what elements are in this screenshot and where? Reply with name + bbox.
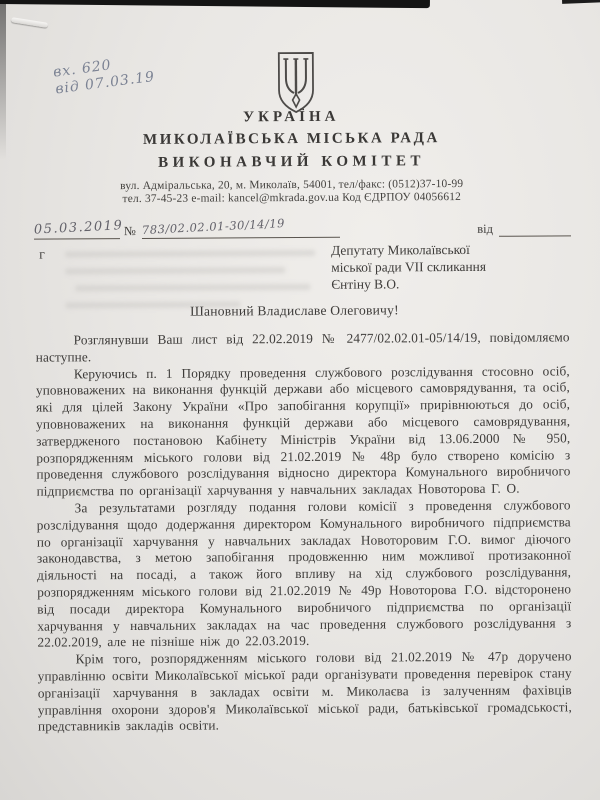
outgoing-number-handwritten: 783/02.02.01-30/14/19: [142, 216, 286, 237]
body-paragraph-1: Розглянувши Ваш лист від 22.02.2019 № 24…: [36, 329, 570, 366]
letter-page: вх. 620 від 07.03.19 УКРАЇНА МИКОЛАЇВСЬК…: [0, 0, 600, 800]
country-title: УКРАЇНА: [0, 107, 584, 128]
reference-line: 05.03.2019 № 783/02.02.01-30/14/19 від: [34, 214, 571, 239]
recipient-line-2: міської ради VII скликання: [331, 258, 486, 276]
recipient-line-3: Єнтіну В.О.: [331, 275, 486, 293]
body-paragraph-4: Крім того, розпорядженням міського голов…: [38, 648, 573, 735]
address-line-2: тел. 37-45-23 e-mail: kancel@mkrada.gov.…: [0, 190, 585, 206]
body-paragraph-3: За результатами розгляду подання голови …: [37, 497, 572, 651]
recipient-line-1: Депутату Миколаївської: [331, 241, 486, 259]
reply-reference-blank-field: [499, 218, 571, 236]
number-sign-label: №: [124, 224, 136, 239]
incoming-registration-note: вх. 620 від 07.03.19: [52, 52, 156, 99]
address-zone-corner-mark: г: [39, 248, 45, 264]
scanned-letter-photo: вх. 620 від 07.03.19 УКРАЇНА МИКОЛАЇВСЬК…: [0, 0, 600, 800]
committee-title: ВИКОНАВЧИЙ КОМІТЕТ: [0, 152, 585, 173]
letter-body: Розглянувши Ваш лист від 22.02.2019 № 24…: [36, 329, 572, 735]
outgoing-date-field: 05.03.2019: [34, 221, 120, 240]
organization-title: МИКОЛАЇВСЬКА МІСЬКА РАДА: [0, 129, 584, 150]
recipient-block: Депутату Миколаївської міської ради VII …: [331, 241, 486, 293]
from-label: від: [477, 222, 493, 237]
salutation: Шановний Владиславе Олеговичу!: [0, 301, 589, 321]
outgoing-date-handwritten: 05.03.2019: [34, 218, 124, 237]
outgoing-number-field: 783/02.02.01-30/14/19: [142, 220, 340, 239]
body-paragraph-2: Керуючись п. 1 Порядку проведення службо…: [36, 363, 571, 501]
